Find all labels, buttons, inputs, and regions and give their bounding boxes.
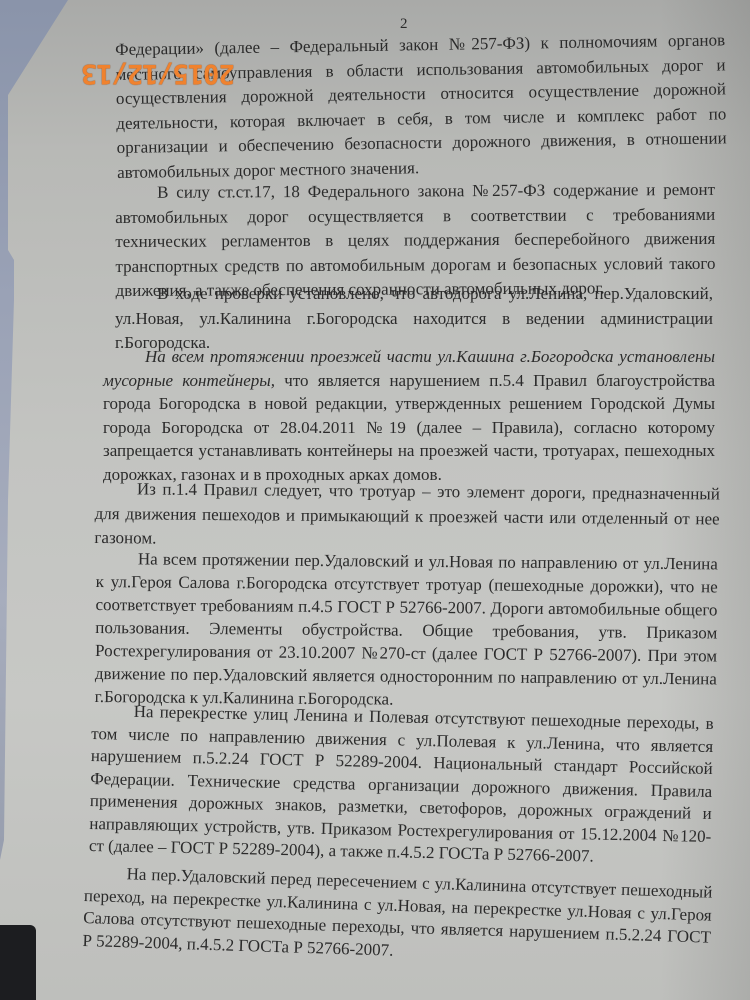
paragraph-text: На всем протяжении пер.Удаловский и ул.Н… [95, 547, 718, 713]
paragraph-1: Федерации» (далее – Федеральный закон №2… [115, 28, 727, 185]
paragraph-4: На всем протяжении проезжей части ул.Каш… [103, 345, 715, 486]
page-number: 2 [400, 16, 408, 33]
paragraph-text: Федерации» (далее – Федеральный закон №2… [115, 28, 727, 185]
paragraph-7: На перекрестке улиц Ленина и Полевая отс… [89, 700, 714, 870]
paragraph-6: На всем протяжении пер.Удаловский и ул.Н… [95, 547, 718, 713]
dark-object-corner [0, 925, 36, 1000]
paragraph-text: Из п.1.4 Правил следует, что тротуар – э… [94, 477, 720, 556]
camera-datestamp: 2015/12/13 [82, 58, 235, 89]
paragraph-5: Из п.1.4 Правил следует, что тротуар – э… [94, 477, 720, 556]
paragraph-text: На перекрестке улиц Ленина и Полевая отс… [89, 700, 714, 870]
